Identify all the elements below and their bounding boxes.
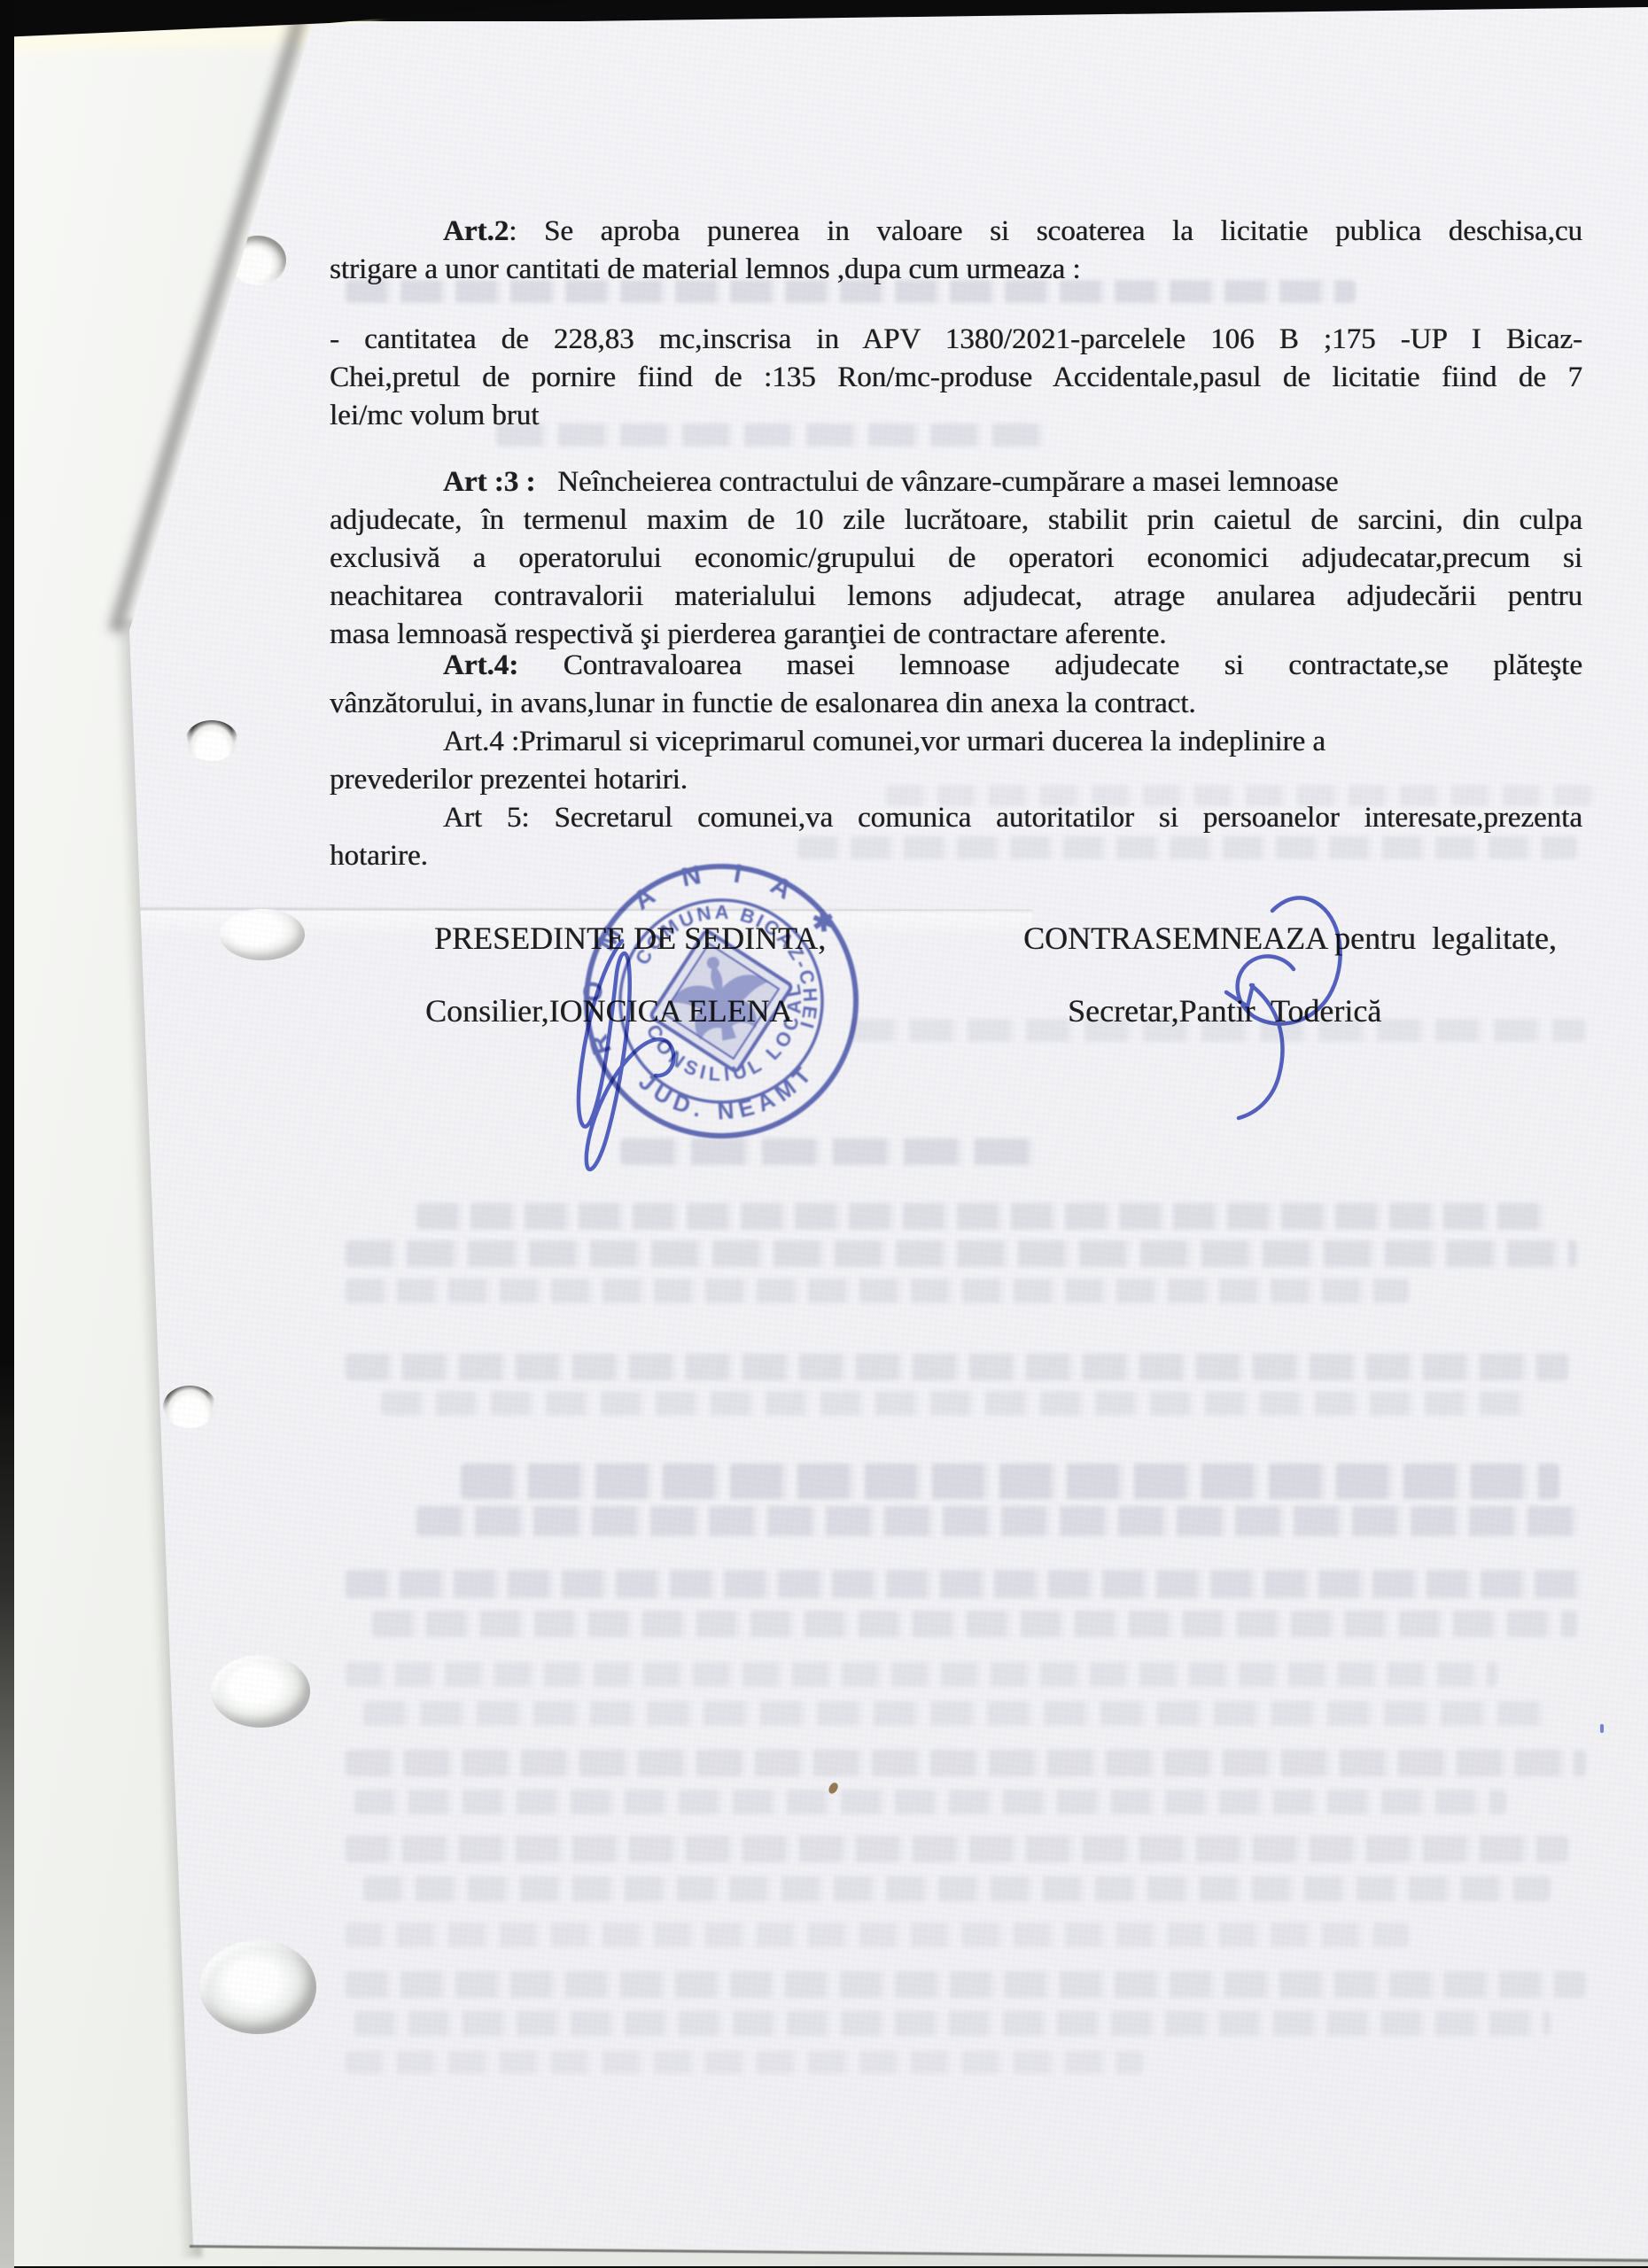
bleed-through-line	[886, 785, 1595, 806]
bleed-through-line	[346, 1570, 1586, 1598]
paper-speck	[828, 1782, 840, 1796]
paper-crumple	[220, 909, 305, 960]
stamp-county-text: JUD. NEAMT	[633, 1056, 823, 1130]
text-line: Art.2: Se aproba punerea in valoare si s…	[330, 213, 1582, 251]
bleed-through-line	[346, 2051, 1143, 2074]
document-page: Art.2: Se aproba punerea in valoare si s…	[0, 0, 1648, 2268]
stamp-coat-of-arms	[635, 915, 808, 1088]
text-line: masa lemnoasă respectivă şi pierderea ga…	[330, 616, 1582, 654]
bleed-through-line	[346, 1354, 1568, 1380]
scanned-document: Art.2: Se aproba punerea in valoare si s…	[0, 0, 1648, 2268]
countersign-title: CONTRASEMNEAZA pentru legalitate,	[1023, 918, 1557, 959]
scanner-black-edge-left	[0, 0, 14, 2268]
secretary-signature-mark	[1226, 985, 1253, 1006]
secretary-signature-tail	[1239, 985, 1282, 1118]
text-line: hotarire.	[330, 837, 1582, 875]
bleed-through-line	[372, 1611, 1577, 1637]
bleed-through-line	[416, 1506, 1577, 1536]
president-name: Consilier,IONCICA ELENA	[425, 990, 793, 1031]
text-line: lei/mc volum brut	[330, 397, 1582, 435]
text-line: Art 5: Secretarul comunei,va comunica au…	[330, 799, 1582, 837]
bleed-through-line	[363, 1701, 1551, 1726]
secretary-signature-loop	[1238, 897, 1341, 1023]
paper-crumple	[199, 1940, 316, 2034]
bleed-through-line	[496, 423, 1046, 447]
ink-speck	[1600, 1724, 1604, 1733]
text-line: neachitarea contravalorii materialului l…	[330, 578, 1582, 616]
punch-hole	[185, 720, 238, 761]
bleed-through-line	[346, 1278, 1409, 1303]
round-council-stamp: R O M A N I A ✱ JUD. NEAMT COMUNA BICAZ-…	[525, 805, 916, 1196]
bleed-through-line	[346, 1922, 1409, 1947]
bleed-through-line	[346, 1971, 1586, 1998]
text-line: vânzătorului, in avans,lunar in functie …	[330, 685, 1582, 723]
bleed-through-line	[797, 836, 1577, 859]
text-line: prevederilor prezentei hotariri.	[330, 761, 1582, 799]
text-line: exclusivă a operatorului economic/grupul…	[330, 540, 1582, 578]
text-line: - cantitatea de 228,83 mc,inscrisa in AP…	[330, 321, 1582, 359]
secretary-name: Secretar,Pantir Toderică	[1068, 990, 1381, 1031]
president-signature	[579, 941, 673, 1169]
handwritten-signatures	[0, 0, 1648, 2268]
paper-crumple	[211, 1655, 310, 1728]
bleed-through-line	[363, 1876, 1551, 1901]
bleed-through-line	[381, 1391, 1533, 1416]
text-line: Chei,pretul de pornire fiind de :135 Ron…	[330, 359, 1582, 397]
bleed-through-line	[346, 280, 1356, 303]
text-line: strigare a unor cantitati de material le…	[330, 251, 1582, 289]
bleed-through-line	[354, 1790, 1506, 1814]
paper-crease	[133, 908, 1032, 913]
president-title: PRESEDINTE DE SEDINTA,	[434, 918, 826, 959]
bleed-through-line	[461, 1464, 1559, 1499]
stamp-country-text: R O M A N I A ✱	[530, 810, 850, 1062]
stamp-commune-text: COMUNA BICAZ-CHEI	[630, 870, 852, 1035]
bleed-through-line	[346, 1750, 1586, 1776]
bleed-through-line	[851, 1019, 1586, 1042]
stamp-outer-ring	[562, 842, 882, 1161]
bleed-through-line	[354, 2011, 1551, 2036]
text-line: Art.4 :Primarul si viceprimarul comunei,…	[330, 723, 1582, 761]
bleed-through-line	[346, 1240, 1577, 1267]
punch-hole	[163, 1386, 216, 1428]
text-line: adjudecate, în termenul maxim de 10 zile…	[330, 501, 1582, 540]
bleed-through-line	[620, 1138, 1037, 1165]
bleed-through-line	[346, 1836, 1568, 1862]
stamp-eagle-icon	[664, 946, 778, 1049]
paper-crease-highlight	[133, 911, 1032, 936]
text-line: Art.4: Contravaloarea masei lemnoase adj…	[330, 647, 1582, 685]
stamp-inner-ring	[602, 882, 841, 1121]
text-line: Art :3 : Neîncheierea contractului de vâ…	[330, 463, 1582, 501]
bleed-through-line	[346, 1662, 1497, 1687]
stamp-council-text: CONSILIUL LOCAL	[641, 975, 828, 1107]
bleed-through-line	[416, 1203, 1551, 1230]
